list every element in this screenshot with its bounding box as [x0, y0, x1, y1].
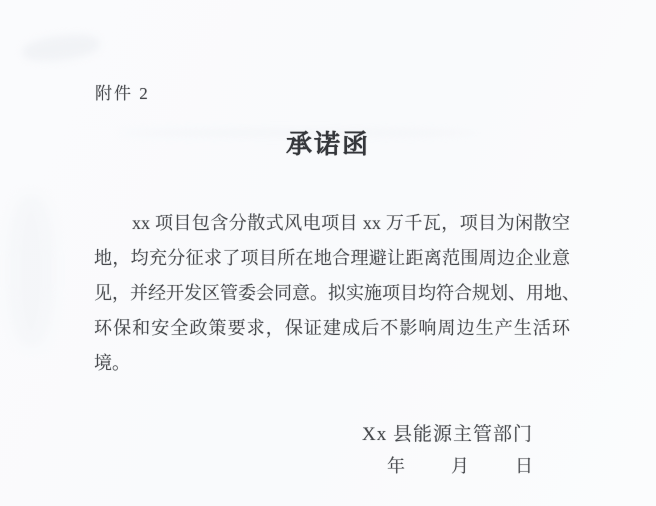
date-year-label: 年: [387, 454, 405, 478]
body-line: 地，均充分征求了项目所在地合理避让距离范围周边企业意: [94, 241, 570, 276]
signature-line: Xx 县能源主管部门: [362, 422, 533, 447]
document-title: 承诺函: [0, 129, 656, 160]
body-line: 见，并经开发区管委会同意。拟实施项目均符合规划、用地、: [94, 276, 570, 311]
body-line: 环保和安全政策要求，保证建成后不影响周边生产生活环: [94, 311, 570, 346]
document-body: xx 项目包含分散式风电项目 xx 万千瓦，项目为闲散空 地，均充分征求了项目所…: [94, 206, 570, 381]
date-day-label: 日: [515, 454, 533, 478]
body-line: xx 项目包含分散式风电项目 xx 万千瓦，项目为闲散空: [94, 206, 570, 241]
scanned-document-page: 附件 2 承诺函 xx 项目包含分散式风电项目 xx 万千瓦，项目为闲散空 地，…: [0, 0, 656, 506]
date-line: 年 月 日: [387, 454, 533, 478]
attachment-label: 附件 2: [95, 82, 150, 105]
body-line: 境。: [94, 346, 570, 381]
scan-smudge: [8, 196, 54, 346]
scan-smudge: [21, 31, 101, 64]
date-month-label: 月: [451, 454, 469, 478]
